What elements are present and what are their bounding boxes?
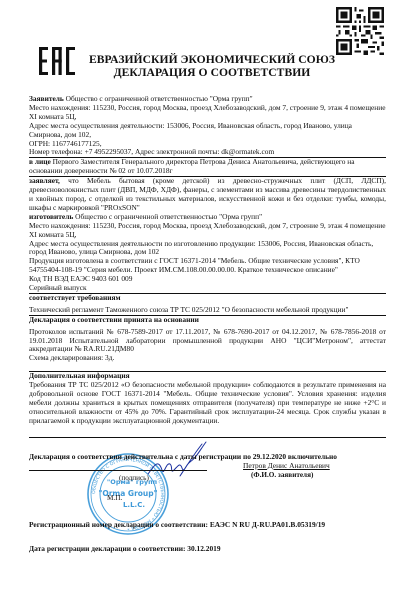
compliance-label: соответствует требованиям	[29, 294, 386, 303]
divider	[29, 437, 386, 438]
manufacturer-standards: Продукция изготовлена в соответствии с Г…	[29, 257, 386, 275]
applicant-activity-address: Адрес места осуществления деятельности: …	[29, 122, 386, 140]
manufacturer-location: Место нахождения: 115230, Россия, город …	[29, 222, 386, 240]
qr-code-icon	[336, 7, 384, 55]
declaration-label: заявляет,	[29, 176, 60, 185]
manufacturer-name: Общество с ограниченной ответственностью…	[73, 212, 262, 221]
basis-text: Протоколов испытаний № 678-7589-2017 от …	[29, 328, 386, 355]
manufacturer-production-address: Адрес места осуществления деятельности п…	[29, 240, 386, 258]
additional-info-section: Дополнительная информация Требования ТР …	[29, 372, 386, 425]
basis-label: Декларация о соответствии принята на осн…	[29, 316, 386, 325]
representative-text: Первого Заместителя Генерального директо…	[29, 157, 355, 175]
registration-number: Регистрационный номер декларации о соотв…	[29, 520, 325, 529]
applicant-location: Место нахождения: 115230, Россия, город …	[29, 104, 386, 122]
seal-line3: L.L.C.	[123, 501, 145, 509]
applicant-name: Общество с ограниченной ответственностью…	[64, 94, 253, 103]
compliance-section: соответствует требованиям Технический ре…	[29, 294, 386, 315]
signature-line	[29, 470, 207, 471]
applicant-label: Заявитель	[29, 94, 64, 103]
representative-label: в лице	[29, 157, 51, 166]
manufacturer-series: Серийный выпуск	[29, 284, 386, 293]
stamp-caption: М.П.	[107, 494, 122, 502]
eac-logo-icon	[39, 47, 77, 75]
manufacturer-section: изготовитель Общество с ограниченной отв…	[29, 213, 386, 293]
declaration-text: что Мебель бытовая (кроме детской) из др…	[29, 176, 386, 212]
compliance-text: Технический регламент Таможенного союза …	[29, 306, 386, 315]
declaration-document: ЕВРАЗИЙСКИЙ ЭКОНОМИЧЕСКИЙ СОЮЗ ДЕКЛАРАЦИ…	[0, 0, 400, 600]
signer-name: Петров Денис Анатольевич	[243, 461, 330, 470]
declaration-section: заявляет, что Мебель бытовая (кроме детс…	[29, 177, 386, 213]
document-title: ЕВРАЗИЙСКИЙ ЭКОНОМИЧЕСКИЙ СОЮЗ ДЕКЛАРАЦИ…	[86, 54, 338, 79]
additional-info-text: Требования ТР ТС 025/2012 «О безопасност…	[29, 381, 386, 426]
applicant-section: Заявитель Общество с ограниченной ответс…	[29, 95, 386, 157]
applicant-contacts: Номер телефона: +7 4952295037, Адрес эле…	[29, 148, 386, 157]
title-union: ЕВРАЗИЙСКИЙ ЭКОНОМИЧЕСКИЙ СОЮЗ	[86, 54, 338, 67]
title-declaration: ДЕКЛАРАЦИЯ О СООТВЕТСТВИИ	[86, 67, 338, 80]
registration-date: Дата регистрации декларации о соответств…	[29, 544, 221, 553]
basis-scheme: Схема декларирования: 3д.	[29, 354, 386, 363]
declaration-body: Заявитель Общество с ограниченной ответс…	[29, 95, 386, 438]
signer-caption: (Ф.И.О. заявителя)	[251, 471, 313, 479]
validity-statement: Декларация о соответствии действительна …	[29, 452, 386, 461]
signature-caption: (подпись)	[119, 474, 149, 482]
basis-section: Декларация о соответствии принята на осн…	[29, 316, 386, 364]
representative-section: в лице Первого Заместителя Генерального …	[29, 158, 386, 176]
manufacturer-label: изготовитель	[29, 212, 73, 221]
